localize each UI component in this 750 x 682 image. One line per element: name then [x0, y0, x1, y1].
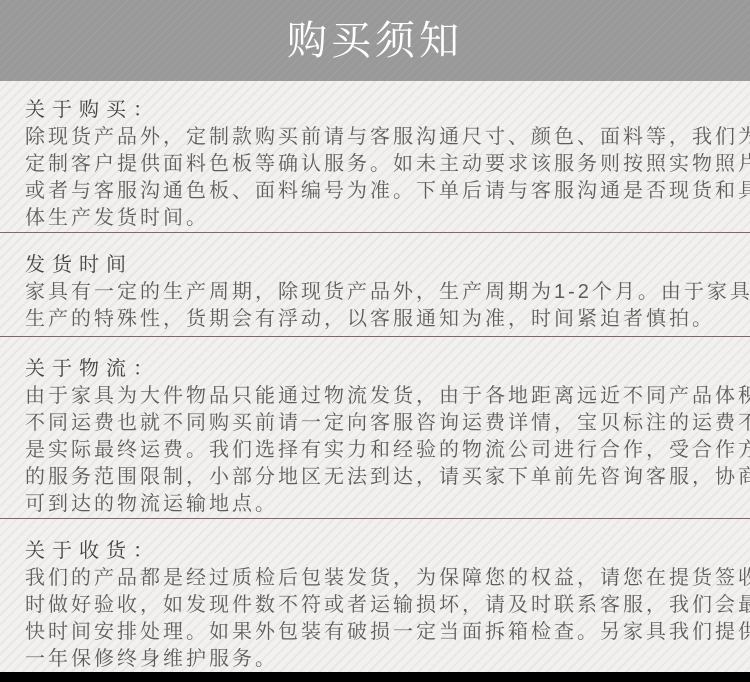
section-body: 由于家具为大件物品只能通过物流发货，由于各地距离远近不同产品体积不同运费也就不同…: [25, 383, 725, 518]
body-line: 定制客户提供面料色板等确认服务。如未主动要求该服务则按照实物照片: [25, 151, 725, 178]
notice-section-2: 发货时间 家具有一定的生产周期，除现货产品外，生产周期为1-2个月。由于家具生产…: [0, 232, 750, 336]
page-header: 购买须知: [0, 0, 750, 81]
notice-content: 关于购买： 除现货产品外，定制款购买前请与客服沟通尺寸、颜色、面料等，我们为定制…: [0, 81, 750, 673]
section-body: 除现货产品外，定制款购买前请与客服沟通尺寸、颜色、面料等，我们为定制客户提供面料…: [25, 124, 725, 232]
section-body: 家具有一定的生产周期，除现货产品外，生产周期为1-2个月。由于家具生产的特殊性，…: [25, 279, 725, 333]
body-line: 不同运费也就不同购买前请一定向客服咨询运费详情，宝贝标注的运费不: [25, 410, 725, 437]
body-line: 快时间安排处理。如果外包装有破损一定当面拆箱检查。另家具我们提供: [25, 619, 725, 646]
body-line: 生产的特殊性，货期会有浮动，以客服通知为准，时间紧迫者慎拍。: [25, 306, 725, 333]
purchase-notice-page: 购买须知 关于购买： 除现货产品外，定制款购买前请与客服沟通尺寸、颜色、面料等，…: [0, 0, 750, 682]
notice-section-4: 关于收货： 我们的产品都是经过质检后包装发货，为保障您的权益，请您在提货签收时做…: [0, 518, 750, 673]
body-line: 家具有一定的生产周期，除现货产品外，生产周期为1-2个月。由于家具: [25, 279, 725, 306]
footer-bar: [0, 672, 750, 682]
notice-section-3: 关于物流： 由于家具为大件物品只能通过物流发货，由于各地距离远近不同产品体积不同…: [0, 336, 750, 518]
body-line: 我们的产品都是经过质检后包装发货，为保障您的权益，请您在提货签收: [25, 565, 725, 592]
notice-section-1: 关于购买： 除现货产品外，定制款购买前请与客服沟通尺寸、颜色、面料等，我们为定制…: [0, 81, 750, 232]
body-line: 由于家具为大件物品只能通过物流发货，由于各地距离远近不同产品体积: [25, 383, 725, 410]
body-line: 时做好验收，如发现件数不符或者运输损坏，请及时联系客服，我们会最: [25, 592, 725, 619]
body-line: 体生产发货时间。: [25, 205, 725, 232]
section-body: 我们的产品都是经过质检后包装发货，为保障您的权益，请您在提货签收时做好验收，如发…: [25, 565, 725, 673]
body-line: 可到达的物流运输地点。: [25, 491, 725, 518]
section-title: 关于收货：: [25, 538, 725, 565]
section-title: 关于购买：: [25, 97, 725, 124]
body-line: 的服务范围限制，小部分地区无法到达，请买家下单前先咨询客服，协商: [25, 464, 725, 491]
section-title: 关于物流：: [25, 356, 725, 383]
page-title: 购买须知: [287, 21, 463, 61]
body-line: 是实际最终运费。我们选择有实力和经验的物流公司进行合作，受合作方: [25, 437, 725, 464]
body-line: 或者与客服沟通色板、面料编号为准。下单后请与客服沟通是否现货和具: [25, 178, 725, 205]
body-line: 除现货产品外，定制款购买前请与客服沟通尺寸、颜色、面料等，我们为: [25, 124, 725, 151]
section-title: 发货时间: [25, 252, 725, 279]
body-line: 一年保修终身维护服务。: [25, 646, 725, 673]
